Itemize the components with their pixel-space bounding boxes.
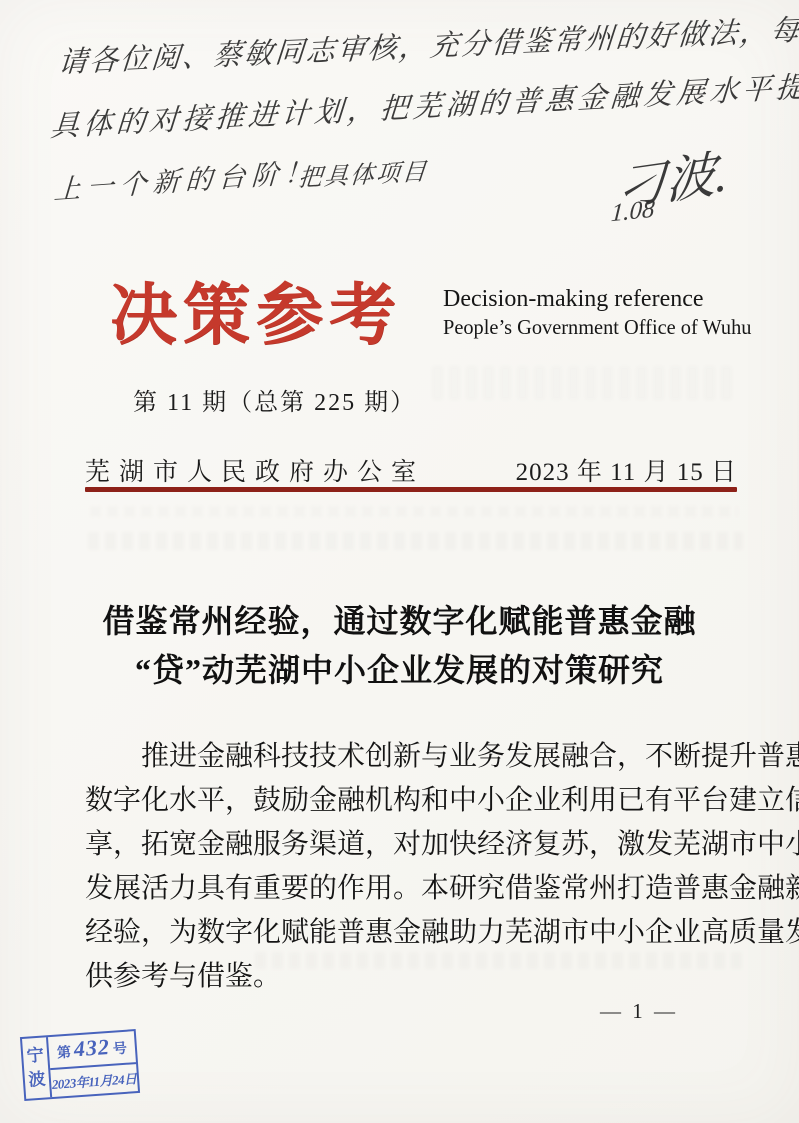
handwriting-line-3: 上一个新的台阶！ (53, 150, 318, 208)
registration-stamp: 宁 波 第 432 号 2023年11月24日 (20, 1029, 140, 1101)
bleedthrough-strip (90, 506, 738, 517)
scanned-document-page: 请各位阅、蔡敏同志审核，充分借鉴常州的好做法，每一个 具体的对接推进计划，把芜湖… (0, 0, 799, 1123)
issue-date: 2023 年 11 月 15 日 (516, 452, 737, 488)
handwritten-signature-date: 1.08 (610, 195, 655, 228)
stamp-date-row: 2023年11月24日 (50, 1064, 138, 1097)
body-text-line: 享，拓宽金融服务渠道，对加快经济复苏，激发芜湖市中小企业 (85, 825, 737, 865)
body-text-line: 数字化水平，鼓励金融机构和中小企业利用已有平台建立信息共 (85, 781, 737, 821)
body-text-line: 发展活力具有重要的作用。本研究借鉴常州打造普惠金融新生态 (85, 869, 737, 909)
body-text-line: 经验，为数字化赋能普惠金融助力芜湖市中小企业高质量发展提 (85, 913, 737, 953)
bleedthrough-strip (88, 532, 743, 550)
page-number: — 1 — (600, 999, 678, 1024)
stamp-city-char2: 波 (28, 1067, 47, 1092)
body-text-line: 供参考与借鉴。 (85, 957, 737, 997)
body-text-line: 推进金融科技技术创新与业务发展融合，不断提升普惠金融 (85, 737, 737, 777)
masthead-title-chinese: 决策参考 (110, 262, 402, 358)
article-title-line2: “贷”动芜湖中小企业发展的对策研究 (0, 645, 799, 691)
masthead-english-line1: Decision-making reference (443, 284, 761, 314)
stamp-city-char1: 宁 (26, 1044, 45, 1069)
issue-number-line: 第 11 期（总第 225 期） (133, 382, 416, 417)
bleedthrough-strip (432, 366, 732, 400)
issuing-office-name: 芜湖市人民政府办公室 (85, 452, 425, 488)
stamp-number-value: 432 (73, 1033, 111, 1061)
stamp-number-prefix: 第 (56, 1041, 71, 1062)
article-title-line1: 借鉴常州经验，通过数字化赋能普惠金融 (0, 596, 799, 642)
stamp-number-suffix: 号 (112, 1037, 127, 1058)
office-and-date-row: 芜湖市人民政府办公室 2023 年 11 月 15 日 (85, 452, 737, 488)
masthead-title-english: Decision-making reference People’s Gover… (443, 284, 761, 340)
stamp-right-column: 第 432 号 2023年11月24日 (48, 1031, 138, 1097)
masthead-english-line2: People’s Government Office of Wuhu (443, 314, 751, 340)
masthead-divider-rule (85, 487, 737, 492)
